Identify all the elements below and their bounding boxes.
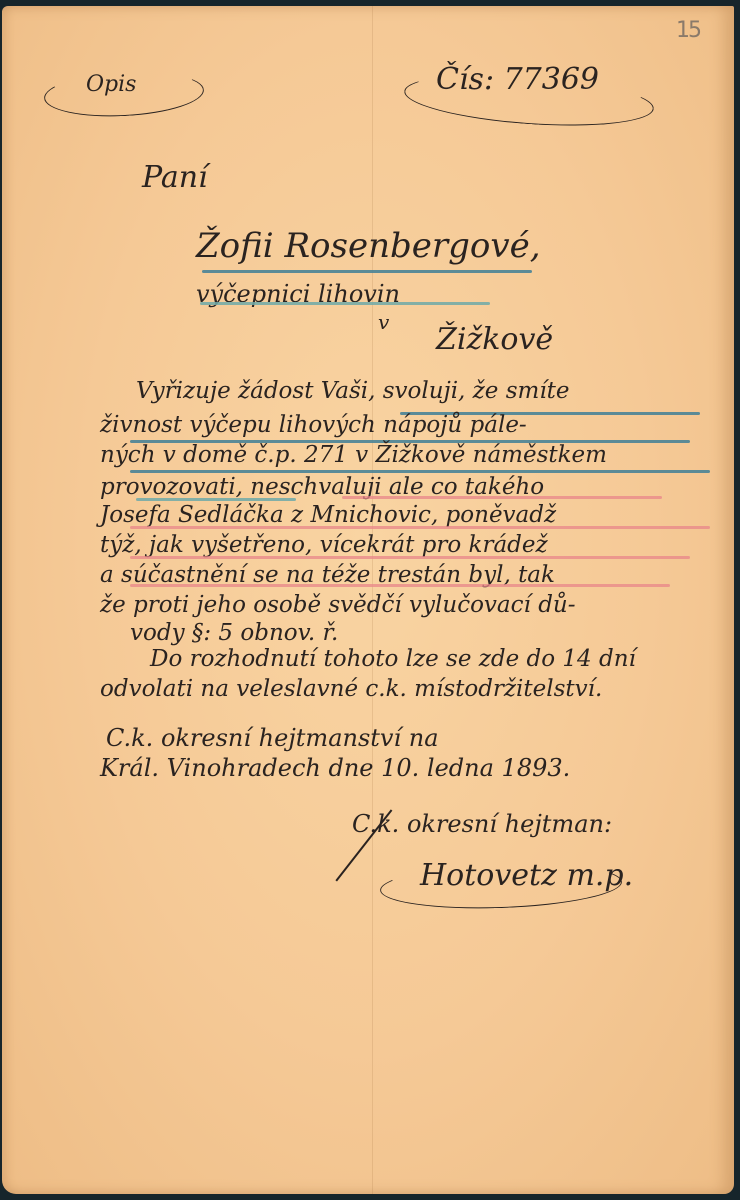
addressee-name-underline [202,270,532,273]
signatory-title: C.k. okresní hejtman: [352,810,612,838]
reference-number: Čís: 77369 [436,62,599,97]
body-line: ných v domě č.p. 271 v Žižkově náměstkem [100,442,607,468]
body-line: že proti jeho osobě svědčí vylučovací dů… [100,592,576,618]
body-line: živnost výčepu lihových nápojů pále- [100,412,527,438]
body-underline-red [342,496,662,499]
body-underline-blue [130,470,710,473]
body-underline-teal [136,498,296,501]
folio-number: 15 [676,18,700,43]
addressee-place: Žižkově [436,322,553,357]
salutation: Paní [142,160,208,195]
body-underline-red [130,584,670,587]
body-line: Vyřizuje žádost Vaši, svoluji, že smíte [136,378,570,404]
copy-label: Opis [86,72,136,97]
body-line: Do rozhodnutí tohoto lze se zde do 14 dn… [150,646,636,672]
occupation-underline [200,302,490,305]
body-line: Josefa Sedláčka z Mnichovic, poněvadž [100,502,556,528]
body-underline-red [130,556,690,559]
issuer-date-line: Král. Vinohradech dne 10. ledna 1893. [100,754,570,782]
addressee-name: Žofii Rosenbergové, [196,226,541,266]
addressee-preposition: v [378,310,389,334]
body-line: týž, jak vyšetřeno, vícekrát pro krádež [100,532,548,558]
issuer-line: C.k. okresní hejtmanství na [106,724,439,752]
signature: Hotovetz m.p. [420,858,633,893]
body-line: vody §: 5 obnov. ř. [130,620,338,646]
body-underline-red [130,526,710,529]
body-line: odvolati na veleslavné c.k. místodržitel… [100,676,602,702]
